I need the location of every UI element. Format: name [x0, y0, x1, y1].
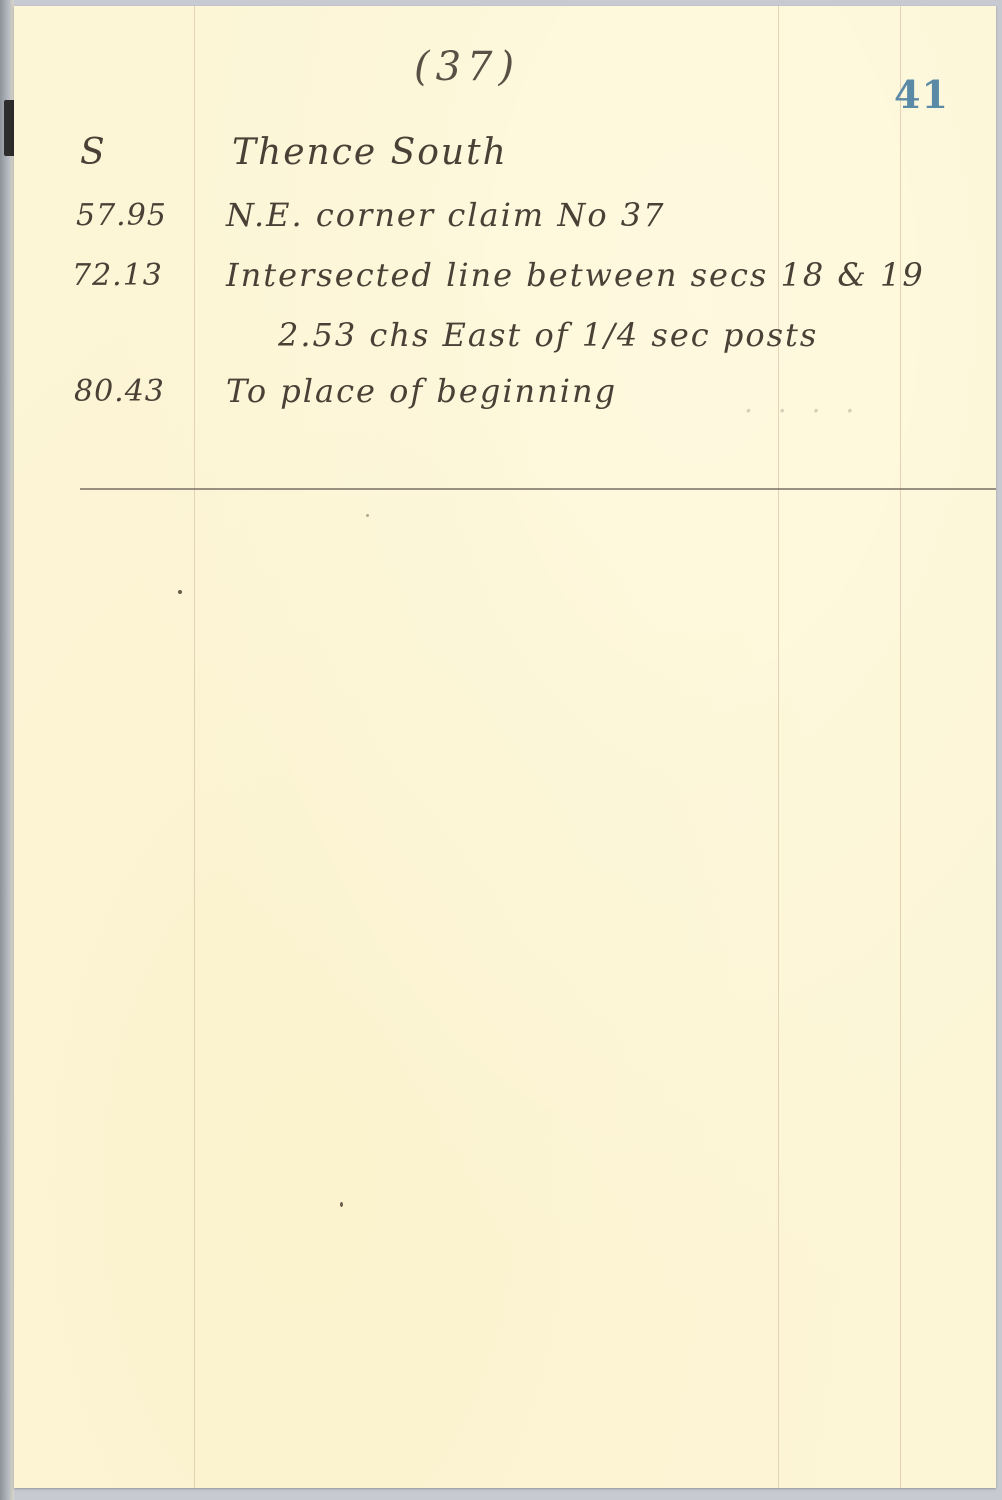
entry-amount: 57.95	[76, 198, 167, 233]
entry-text: To place of beginning	[226, 372, 617, 410]
scanned-page: (37) 41 S Thence South 57.95 N.E. corner…	[0, 0, 1002, 1500]
folio-number: 41	[894, 72, 949, 117]
faint-marks: . . . .	[744, 386, 862, 419]
column-rule-right-1	[778, 6, 779, 1488]
ink-speck	[340, 1202, 343, 1207]
entry-amount: 80.43	[74, 374, 165, 409]
ink-speck	[178, 590, 182, 594]
section-divider	[80, 488, 996, 490]
column-rule-right-2	[900, 6, 901, 1488]
entry-amount: 72.13	[72, 258, 163, 293]
entry-text: 2.53 chs East of 1/4 sec posts	[278, 316, 818, 354]
page-reference: (37)	[414, 44, 520, 90]
ledger-page: (37) 41 S Thence South 57.95 N.E. corner…	[14, 6, 996, 1488]
entry-text: Thence South	[232, 132, 508, 173]
entry-text: N.E. corner claim No 37	[226, 196, 665, 234]
ink-speck	[366, 514, 369, 517]
entry-text: Intersected line between secs 18 & 19	[226, 256, 925, 294]
entry-amount: S	[80, 132, 106, 173]
margin-rule-left	[194, 6, 195, 1488]
binding-edge	[0, 0, 14, 1500]
